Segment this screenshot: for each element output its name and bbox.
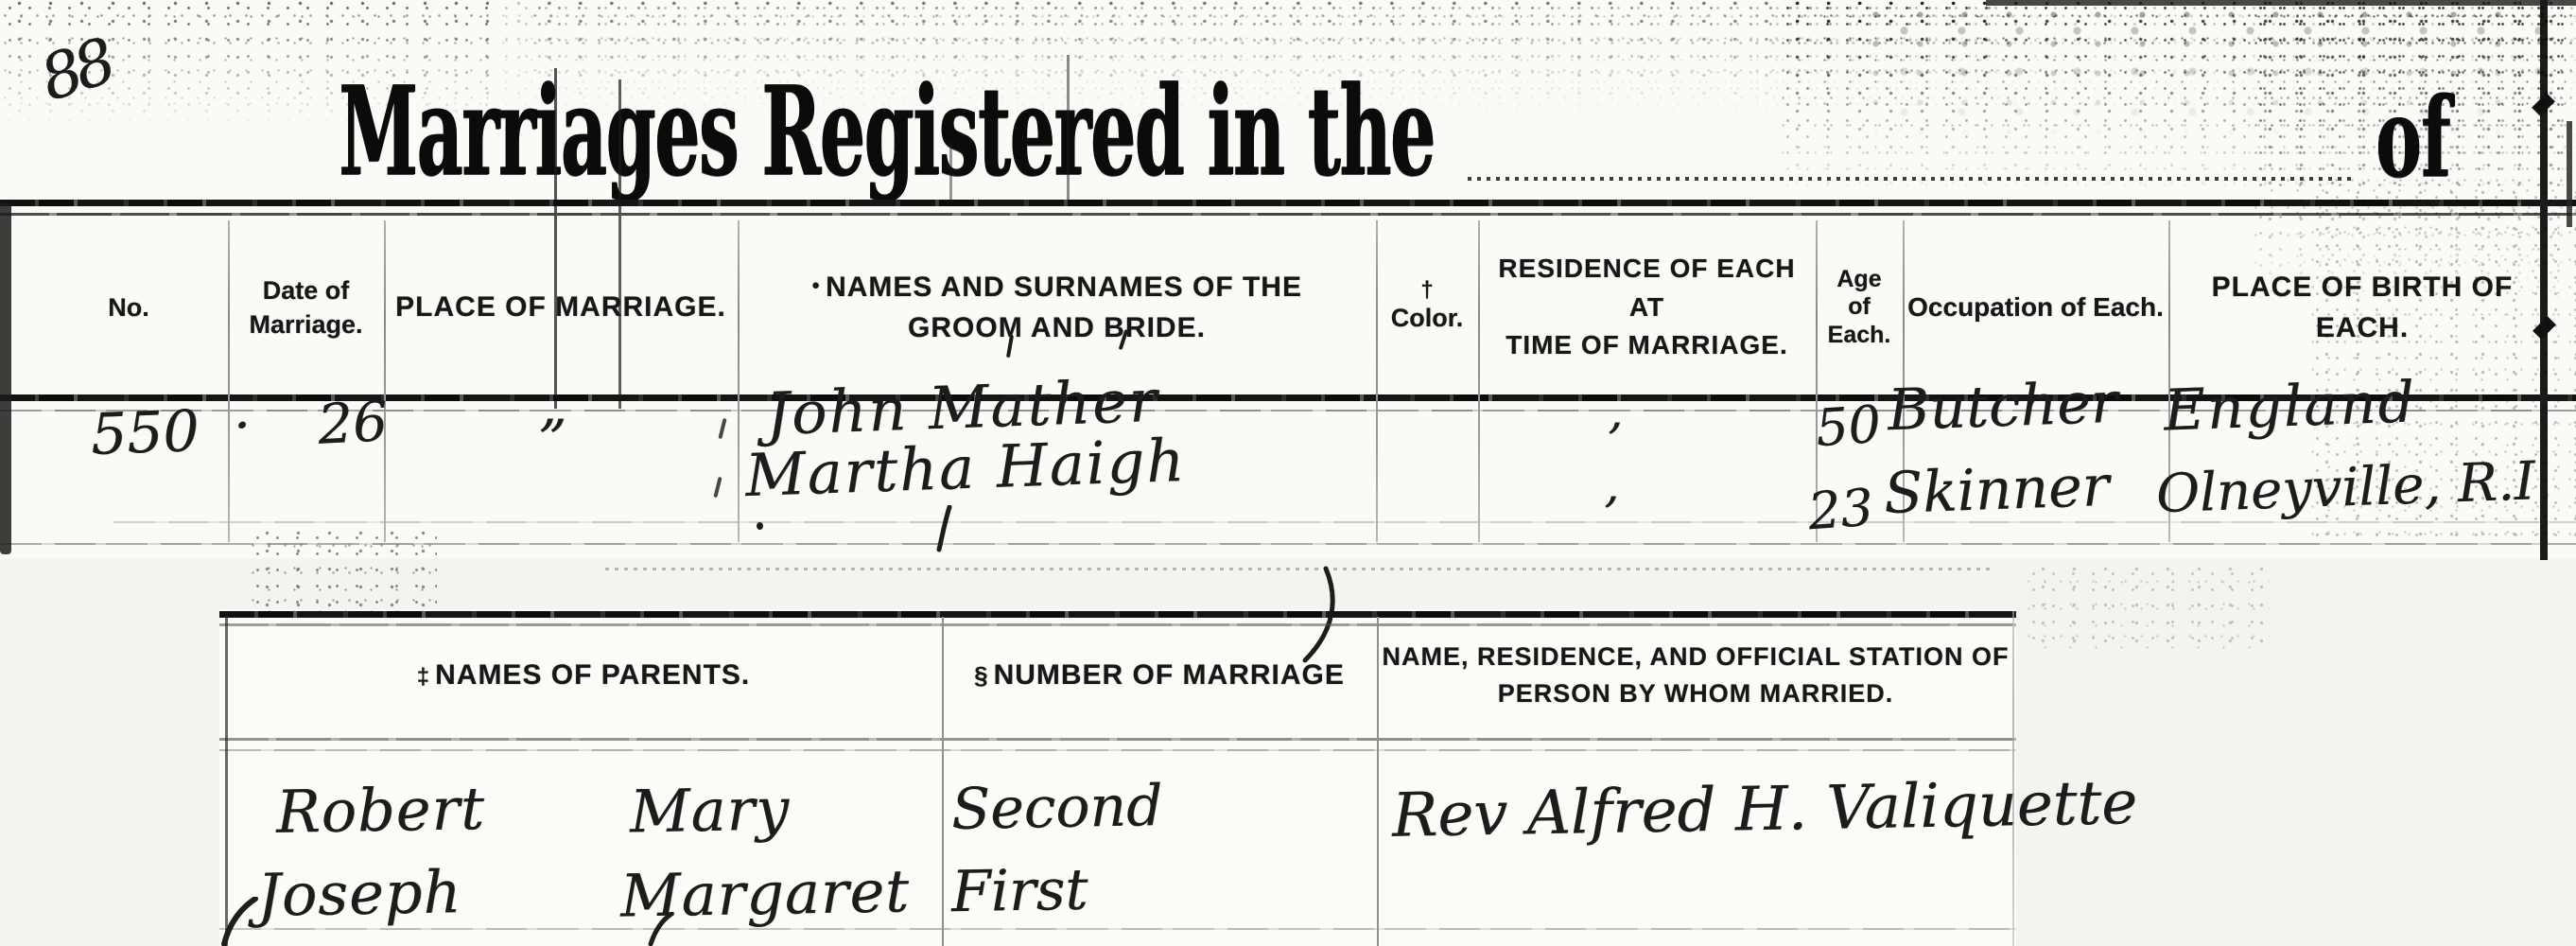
col-header-marriage-number: §NUMBER OF MARRIAGE <box>944 617 1375 734</box>
entry-groom-age: 50 <box>1814 399 1882 455</box>
pen-stroke <box>934 505 955 552</box>
entry-residence-ditto-groom: ‚ <box>1608 388 1623 435</box>
col-header-color: † Color. <box>1378 223 1476 392</box>
col-header-names: ●NAMES AND SURNAMES OF THE GROOM AND BRI… <box>740 223 1374 392</box>
next-row-pen-stroke <box>647 912 675 946</box>
entry-bride-father: Joseph <box>256 863 461 925</box>
entry-place-ditto: „ <box>539 378 567 433</box>
col-header-officiant-l2: PERSON BY WHOM MARRIED. <box>1498 675 1894 712</box>
col-header-parents-label: ‡NAMES OF PARENTS. <box>417 655 751 696</box>
col-header-age-l1: Age <box>1836 266 1881 294</box>
col-header-place: PLACE OF MARRIAGE. <box>386 223 736 392</box>
parents-header-bottom-rule <box>219 738 2016 741</box>
entry-number: 550 <box>90 403 200 464</box>
top-edge-shadow <box>1986 0 2576 6</box>
scan-noise-right-margin <box>2307 189 2576 549</box>
col-header-officiant: NAME, RESIDENCE, AND OFFICIAL STATION OF… <box>1381 617 2010 734</box>
col-header-names-l1: ●NAMES AND SURNAMES OF THE <box>811 267 1302 308</box>
ink-dot <box>757 522 763 530</box>
faint-dotted-trail <box>605 568 1995 570</box>
dagger-icon: † <box>1420 280 1433 301</box>
section-mark-icon: § <box>974 661 988 690</box>
col-header-residence-l1: RESIDENCE OF EACH AT <box>1480 250 1814 326</box>
col-header-date-l2: Marriage. <box>249 307 362 342</box>
scan-noise-below-table <box>2024 566 2270 651</box>
entry-officiant: Rev Alfred H. Valiquette <box>1392 773 2138 847</box>
col-header-residence-l2: TIME OF MARRIAGE. <box>1506 326 1788 365</box>
entry-bride-name: Martha Haigh <box>744 431 1187 505</box>
parents-header-bottom-rule-2 <box>219 749 2016 751</box>
col-header-age-l3: Each. <box>1828 322 1891 350</box>
left-edge-ink <box>0 202 11 554</box>
parents-row-rule <box>219 928 2016 930</box>
col-header-place-label: PLACE OF MARRIAGE. <box>395 287 726 328</box>
col-header-age: Age of Each. <box>1818 223 1901 392</box>
col-header-color-label: Color. <box>1391 301 1464 335</box>
stray-ink-line <box>949 142 952 201</box>
entry-bride-age: 23 <box>1806 482 1874 538</box>
col-header-no-label: No. <box>108 290 149 324</box>
entry-date-ditto-dot: . <box>234 384 251 437</box>
scan-noise-top-left <box>0 0 492 132</box>
double-dagger-icon: ‡ <box>417 664 430 690</box>
entry-bride-occupation: Skinner <box>1883 458 2110 522</box>
entry-groom-father: Robert <box>275 780 485 842</box>
entry-groom-mother: Mary <box>629 780 790 842</box>
col-header-occupation: Occupation of Each. <box>1905 223 2167 392</box>
col-header-officiant-l1: NAME, RESIDENCE, AND OFFICIAL STATION OF <box>1382 639 2009 675</box>
table-top-rule <box>0 200 2576 206</box>
entry-date-day: 26 <box>317 394 390 452</box>
entry-bride-marriage-number: First <box>950 862 1088 921</box>
col-header-marriage-number-label: §NUMBER OF MARRIAGE <box>974 655 1345 696</box>
smudge-mark <box>248 530 437 613</box>
col-header-no: No. <box>34 223 223 392</box>
footnote-dot-marker: ● <box>811 277 821 293</box>
col-header-date: Date of Marriage. <box>230 223 382 392</box>
col-header-age-l2: of <box>1848 293 1871 322</box>
parents-column-divider <box>1377 617 1379 946</box>
col-header-date-l1: Date of <box>263 273 350 307</box>
col-header-residence: RESIDENCE OF EACH AT TIME OF MARRIAGE. <box>1480 223 1814 392</box>
entry-residence-ditto-bride: ‚ <box>1604 462 1619 509</box>
marriage-register-scan: 88 Marriages Registered in the of No. Da… <box>0 0 2576 946</box>
next-row-pen-stroke <box>219 897 261 946</box>
table-top-rule-2 <box>0 213 2576 216</box>
col-header-occupation-label: Occupation of Each. <box>1907 289 2164 325</box>
entry-groom-marriage-number: Second <box>950 778 1162 838</box>
col-header-names-l2: GROOM AND BRIDE. <box>908 307 1206 349</box>
entry-groom-occupation: Butcher <box>1887 375 2118 439</box>
col-header-parents: ‡NAMES OF PARENTS. <box>227 617 940 734</box>
